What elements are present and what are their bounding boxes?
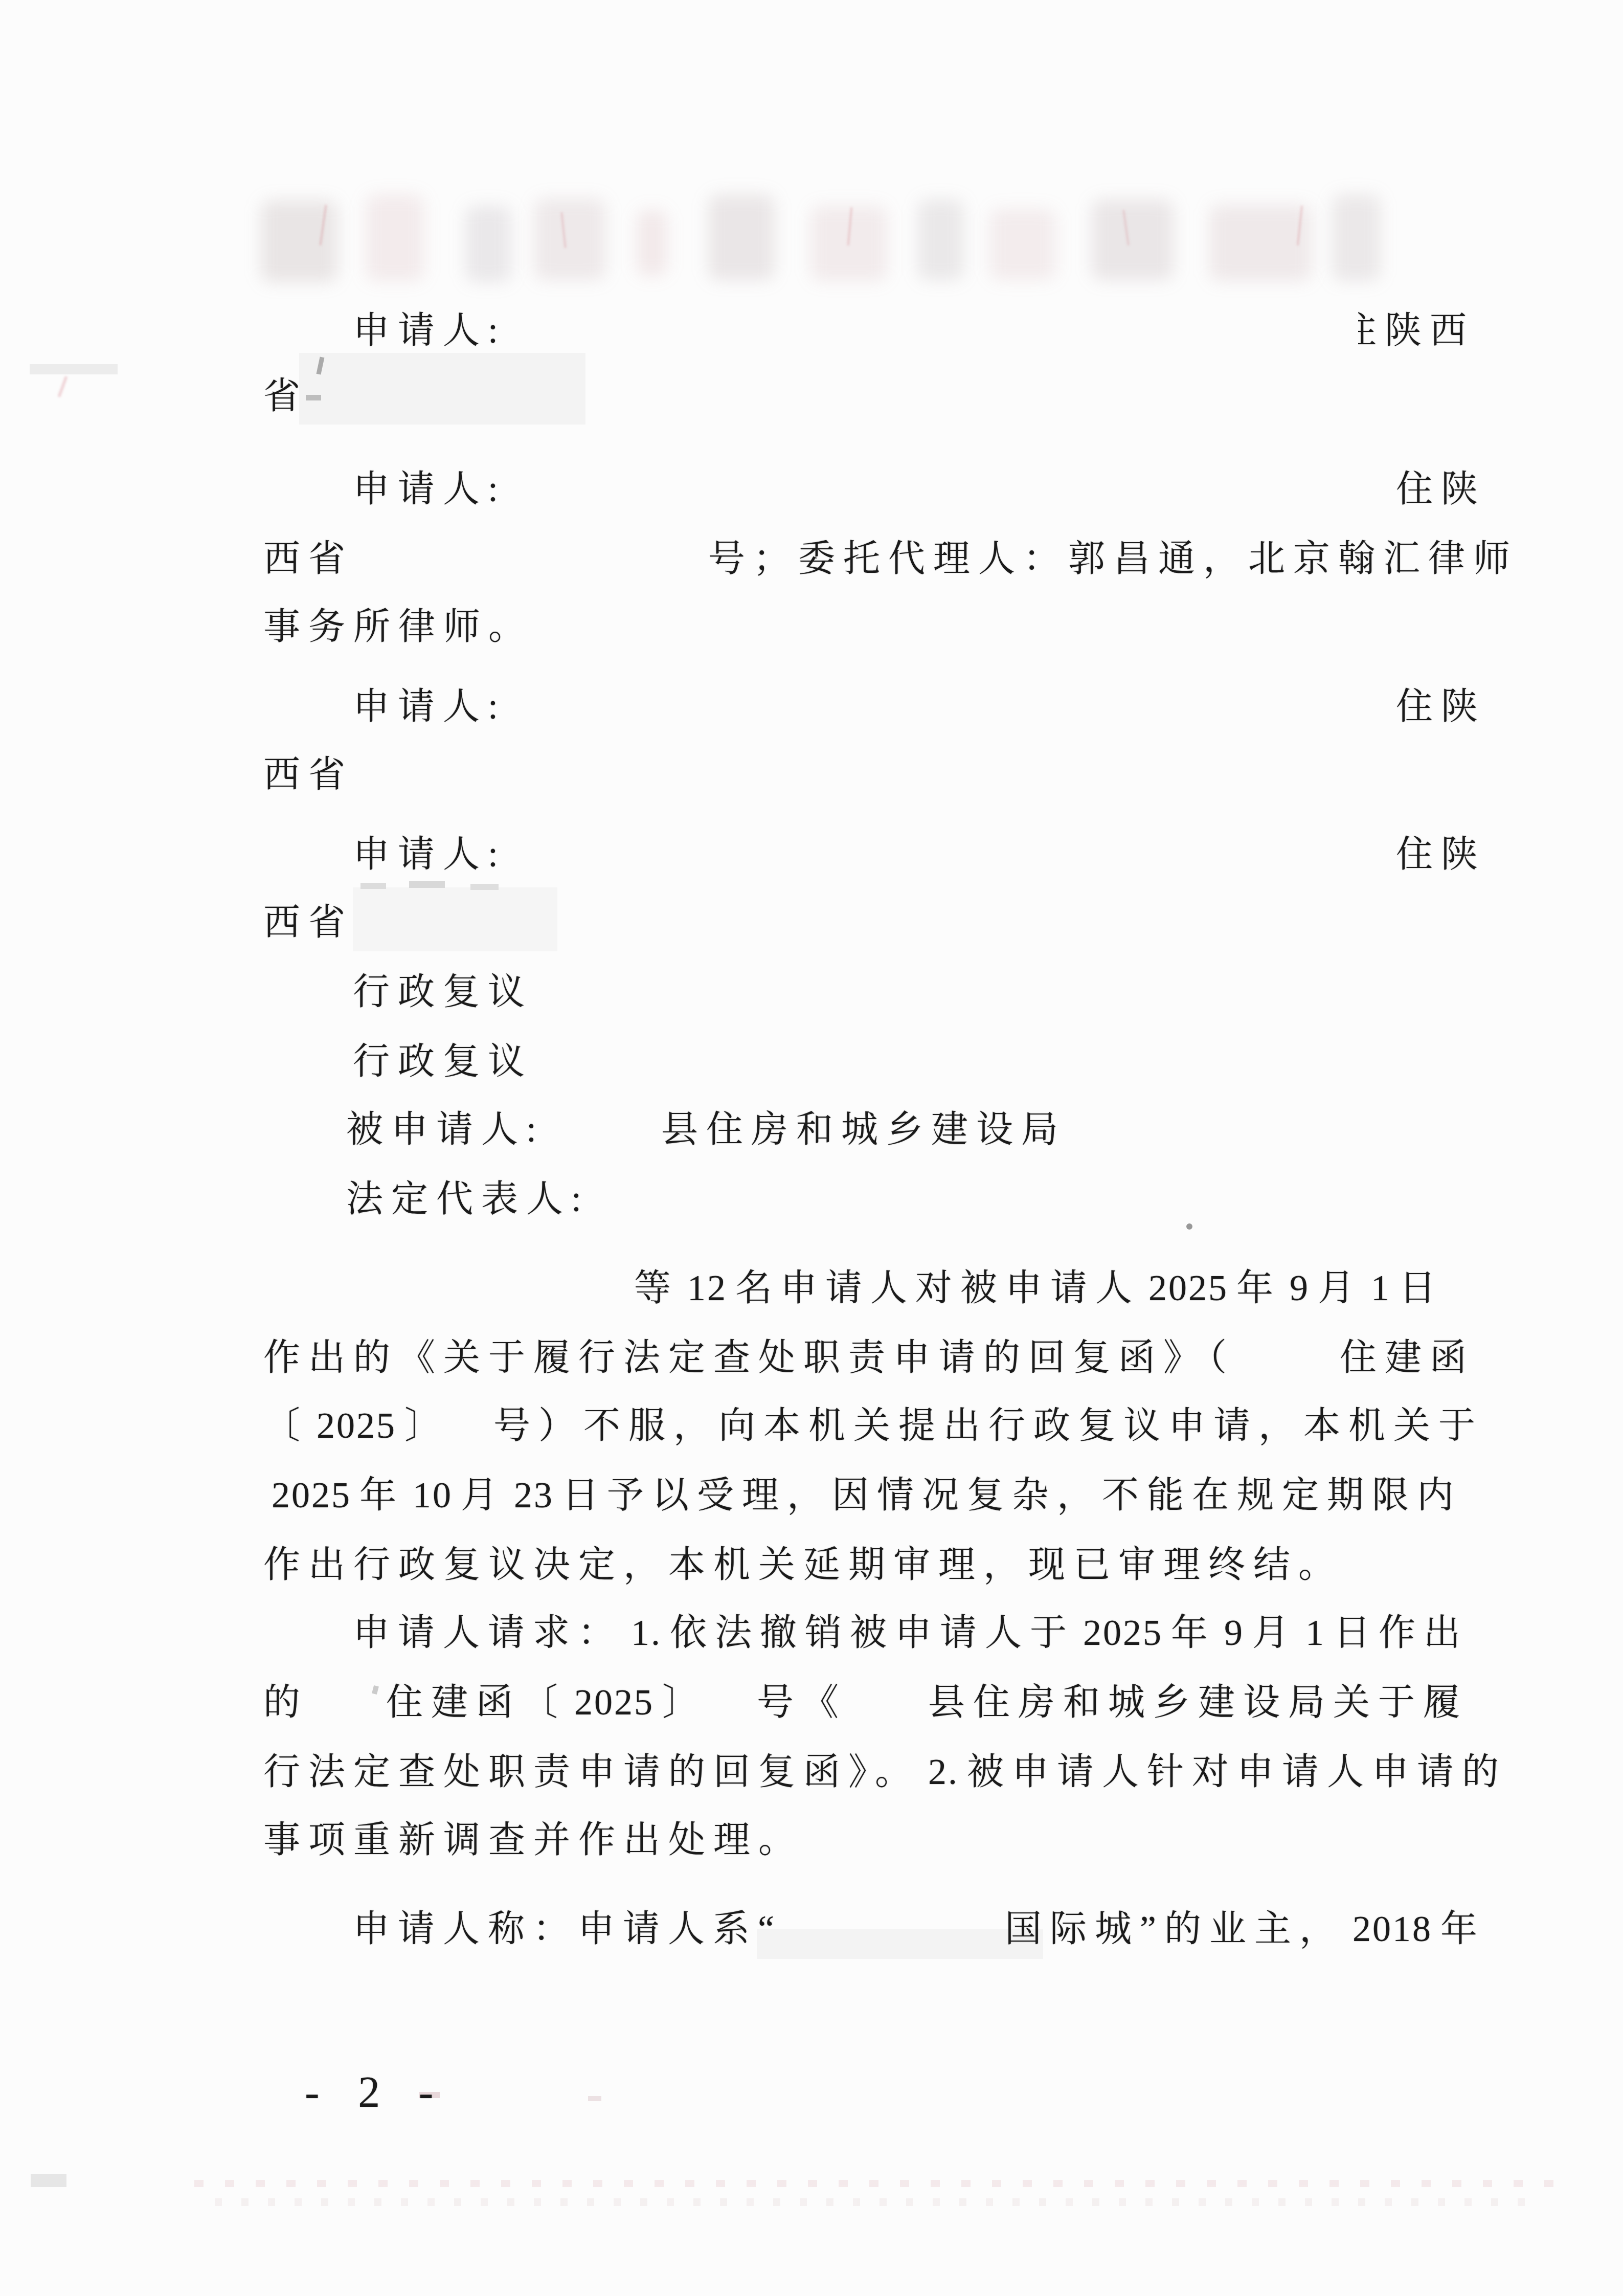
text-segment: 2025年10月23日予以受理，因情况复杂，不能在规定期限内 <box>263 1465 1462 1518</box>
text-segment: 住建函〔2025〕 <box>386 1672 707 1725</box>
text-segment: 申请人: <box>353 459 506 512</box>
scan-streak <box>31 2174 66 2187</box>
smudge-mark <box>918 199 964 280</box>
scan-streak <box>194 2180 1565 2187</box>
request-paragraph-b: 的住建函〔2025〕号《县住房和城乡建设局关于履 <box>0 1672 1623 1738</box>
body-paragraph-1a: 等12名申请人对被申请人2025年9月1日 <box>0 1258 1623 1324</box>
page-number: - 2 - <box>0 2066 1623 2133</box>
smudge-mark <box>366 194 424 281</box>
smudge-mark <box>637 210 667 276</box>
text-segment: 〔2025〕 <box>263 1395 449 1448</box>
text-segment: 住陕西 <box>1340 300 1475 353</box>
document-page: 申请人:住陕西省申请人:住陕西省号；委托代理人：郭昌通，北京翰汇律师事务所律师。… <box>0 0 1623 2296</box>
respondent-line: 被申请人:县住房和城乡建设局 <box>0 1099 1623 1166</box>
text-segment: 行政复议 <box>353 1031 533 1084</box>
text-segment: 国际城”的业主，2018年 <box>1005 1899 1485 1952</box>
admin-review-line-2: 行政复议 <box>0 1031 1623 1098</box>
text-segment: 行政复议 <box>353 962 533 1015</box>
text-segment: 县住房和城乡建设局 <box>661 1099 1066 1152</box>
applicant-3-line: 申请人:住陕 <box>0 676 1623 743</box>
text-segment: 西省 <box>263 528 353 582</box>
text-segment: 号；委托代理人：郭昌通，北京翰汇律师 <box>708 528 1518 582</box>
text-segment: 作出行政复议决定，本机关延期审理，现已审理终结。 <box>263 1534 1343 1588</box>
text-segment: 申请人称：申请人系“ <box>353 1899 782 1952</box>
body-paragraph-1e: 作出行政复议决定，本机关延期审理，现已审理终结。 <box>0 1534 1623 1601</box>
body-paragraph-1c: 〔2025〕号）不服，向本机关提出行政复议申请，本机关于 <box>0 1395 1623 1462</box>
smudge-mark <box>534 198 606 280</box>
text-segment: 作出的《关于履行法定查处职责申请的回复函》（ <box>263 1327 1235 1380</box>
applicant-4-line: 申请人:住陕 <box>0 824 1623 890</box>
smudge-mark <box>708 194 775 280</box>
applicant-4-address: 西省 <box>0 892 1623 958</box>
smudge-mark <box>989 209 1056 280</box>
request-paragraph-a: 申请人请求：1.依法撤销被申请人于2025年9月1日作出 <box>0 1602 1623 1669</box>
redaction-box <box>1333 296 1358 357</box>
body-paragraph-1d: 2025年10月23日予以受理，因情况复杂，不能在规定期限内 <box>0 1465 1623 1531</box>
request-paragraph-d: 事项重新调查并作出处理。 <box>0 1810 1623 1876</box>
request-paragraph-c: 行法定查处职责申请的回复函》。2.被申请人针对申请人申请的 <box>0 1742 1623 1808</box>
text-segment: 法定代表人: <box>346 1169 590 1222</box>
admin-review-line-1: 行政复议 <box>0 962 1623 1028</box>
text-segment: 住陕 <box>1396 459 1486 512</box>
text-segment: 被申请人: <box>346 1099 545 1152</box>
text-segment: 号《 <box>757 1672 847 1725</box>
text-segment: 等12名申请人对被申请人2025年9月1日 <box>634 1258 1444 1311</box>
text-segment: 住建函 <box>1340 1327 1475 1380</box>
text-segment: 事务所律师。 <box>263 596 533 650</box>
text-segment: 号）不服，向本机关提出行政复议申请，本机关于 <box>493 1395 1483 1448</box>
text-segment: 申请人: <box>353 824 506 877</box>
text-segment: 申请人: <box>353 676 506 729</box>
text-segment: 的 <box>263 1672 308 1725</box>
smudge-mark <box>1092 199 1174 280</box>
smudge-mark <box>261 200 337 282</box>
text-segment: 申请人: <box>353 300 506 353</box>
text-segment: 住陕 <box>1396 676 1486 729</box>
legal-representative-line: 法定代表人: <box>0 1169 1623 1235</box>
smudge-mark <box>1209 205 1312 281</box>
claim-paragraph: 申请人称：申请人系“国际城”的业主，2018年 <box>0 1899 1623 1965</box>
scan-streak <box>215 2198 1544 2206</box>
applicant-2-line: 申请人:住陕 <box>0 459 1623 525</box>
text-segment: 行法定查处职责申请的回复函》。2.被申请人针对申请人申请的 <box>263 1742 1507 1795</box>
applicant-1-line: 申请人:住陕西 <box>0 300 1623 367</box>
text-segment: 申请人请求：1.依法撤销被申请人于2025年9月1日作出 <box>353 1602 1469 1656</box>
applicant-2-address-cont: 事务所律师。 <box>0 596 1623 663</box>
text-segment: 县住房和城乡建设局关于履 <box>928 1672 1468 1725</box>
applicant-1-address: 省 <box>0 366 1623 432</box>
body-paragraph-1b: 作出的《关于履行法定查处职责申请的回复函》（住建函 <box>0 1327 1623 1394</box>
text-segment: 事项重新调查并作出处理。 <box>263 1810 803 1863</box>
applicant-2-address: 西省号；委托代理人：郭昌通，北京翰汇律师 <box>0 528 1623 595</box>
text-segment: - 2 - <box>296 2066 443 2117</box>
smudge-mark <box>465 206 511 282</box>
smudge-mark <box>1332 194 1381 281</box>
ghost-title-smudge <box>245 194 1391 304</box>
applicant-3-address: 西省 <box>0 744 1623 811</box>
text-segment: 西省 <box>263 892 353 945</box>
text-segment: 省 <box>263 366 308 419</box>
text-segment: 住陕 <box>1396 824 1486 877</box>
text-segment: 西省 <box>263 744 353 797</box>
